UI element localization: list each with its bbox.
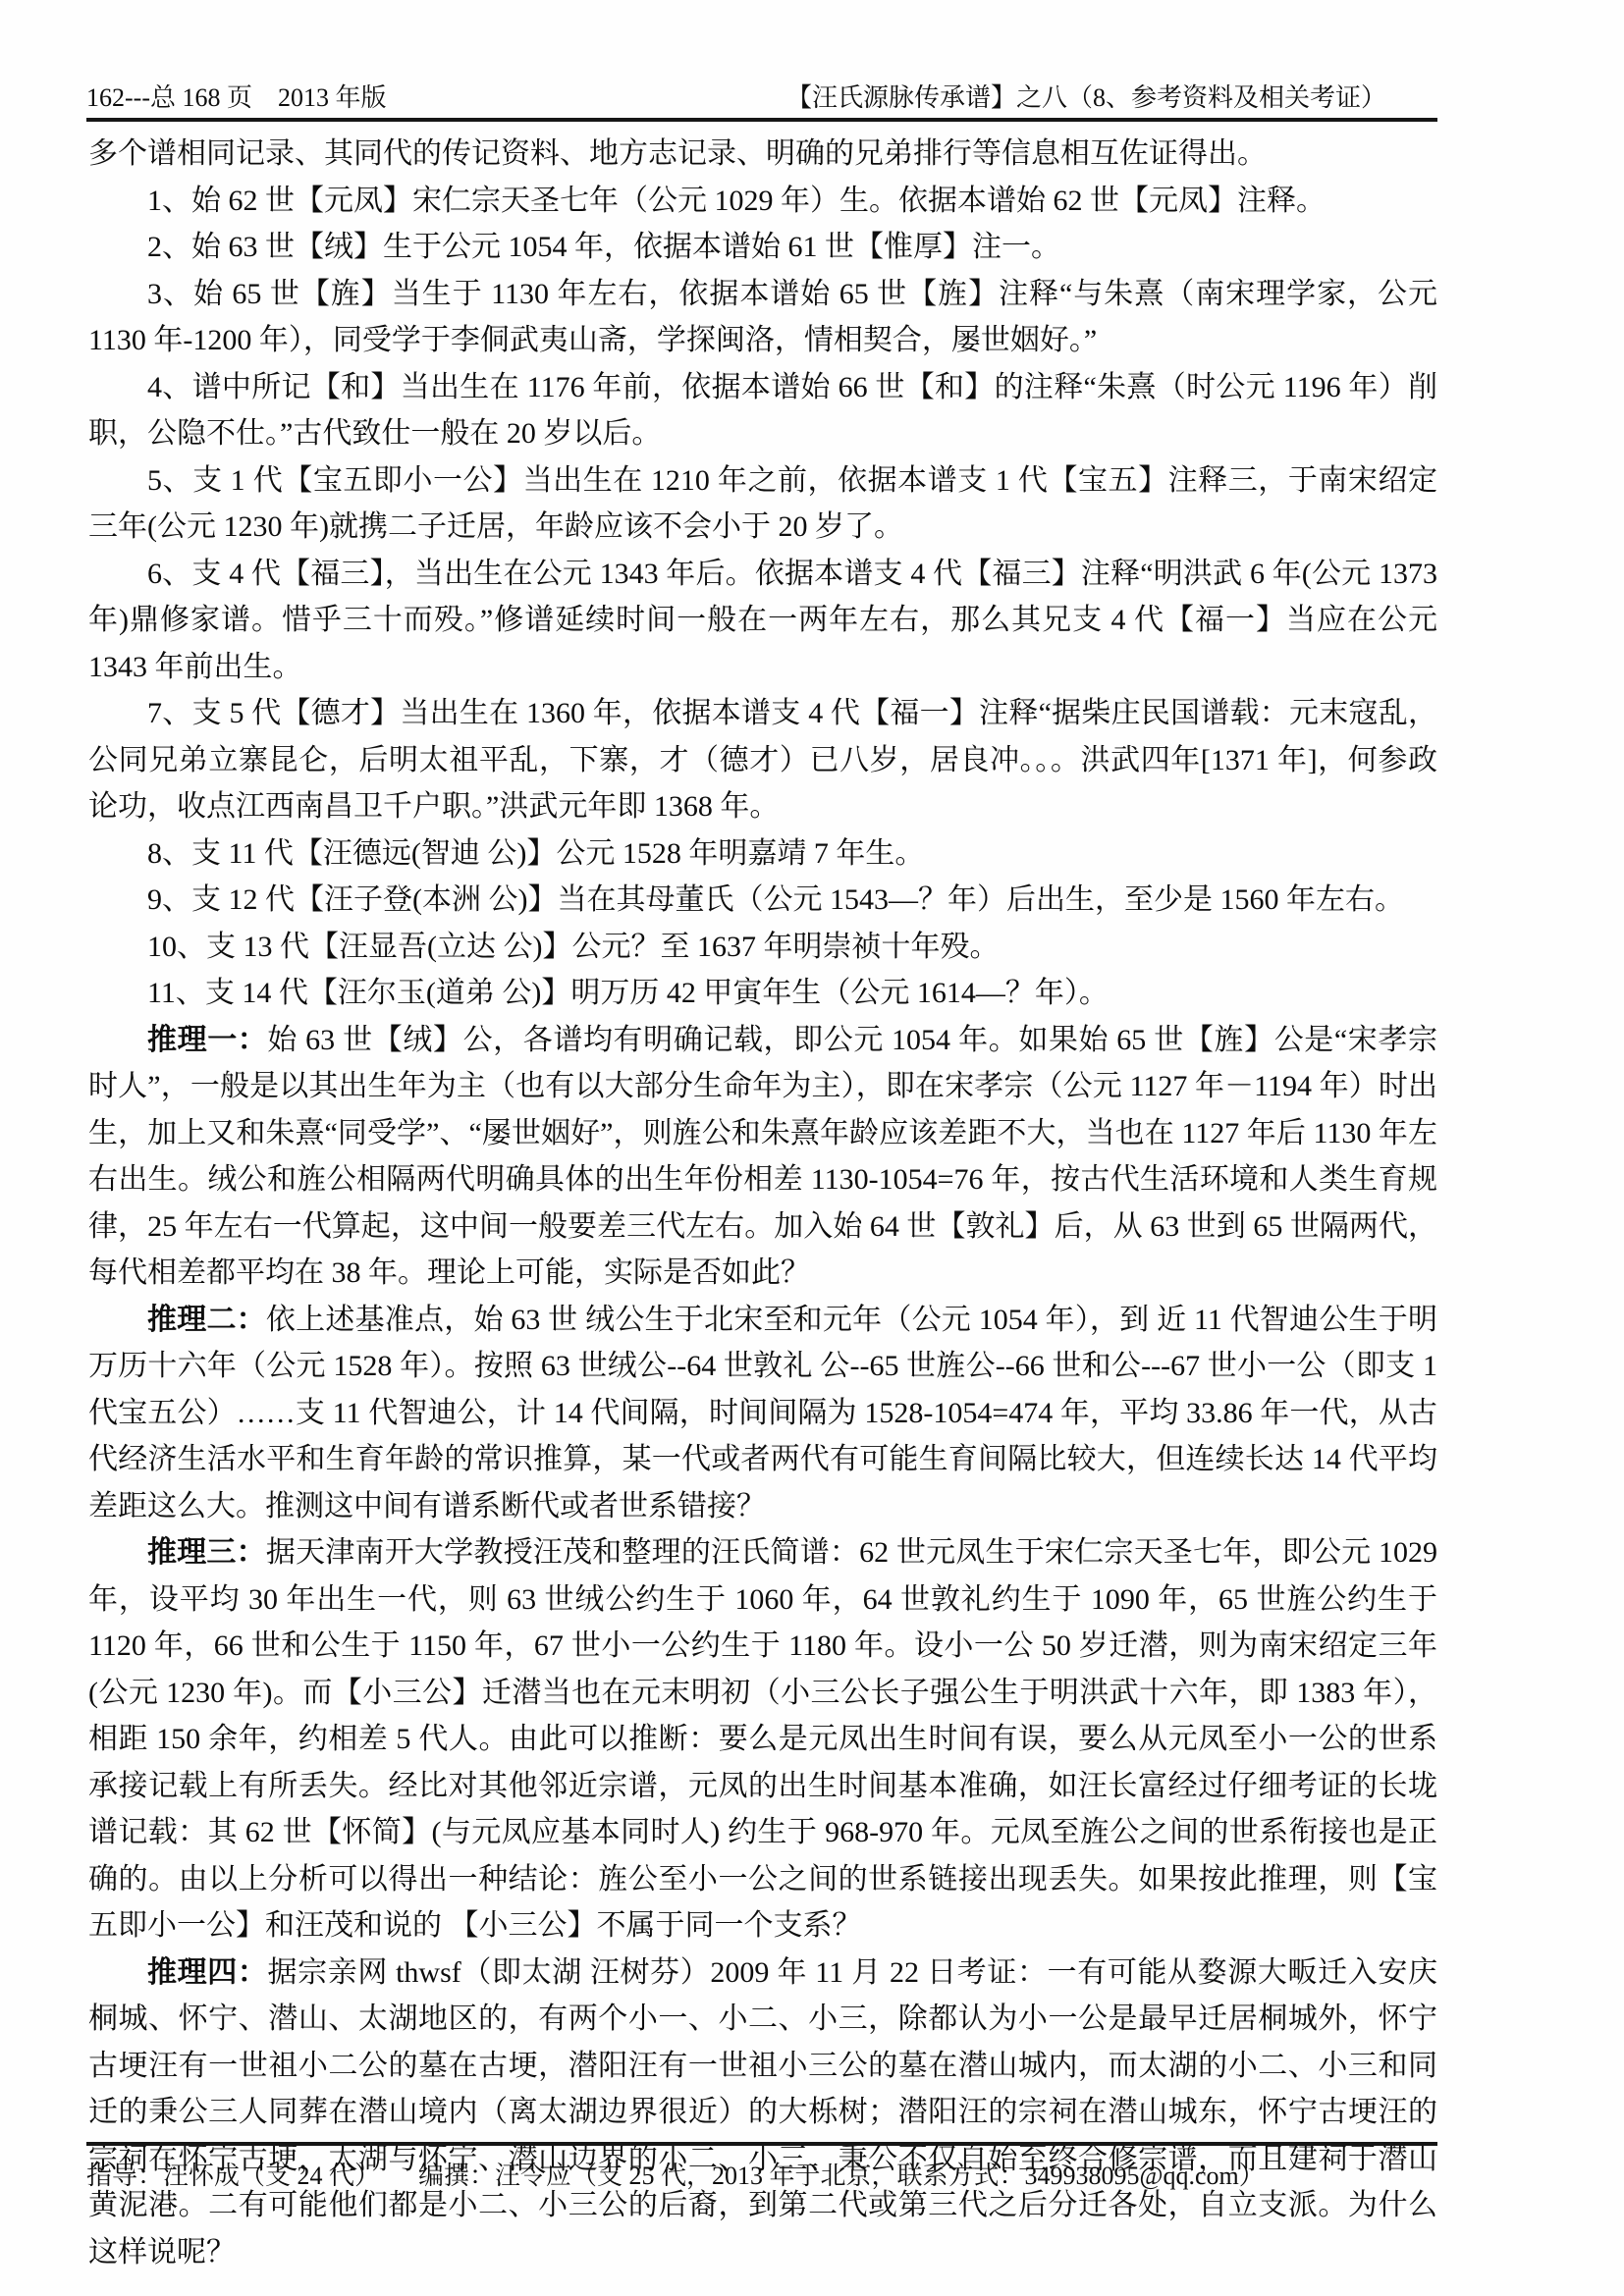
paragraph-item-4: 4、谱中所记【和】当出生在 1176 年前，依据本谱始 66 世【和】的注释“朱…	[88, 364, 1437, 457]
paragraph-text: 11、支 14 代【汪尔玉(道弟 公)】明万历 42 甲寅年生（公元 1614—…	[147, 977, 1109, 1009]
paragraph-text: 据宗亲网 thwsf（即太湖 汪树芬）2009 年 11 月 22 日考证：一有…	[88, 1956, 1437, 2269]
paragraph-item-9: 9、支 12 代【汪子登(本洲 公)】当在其母董氏（公元 1543—？年）后出生…	[88, 877, 1437, 924]
paragraph-item-11: 11、支 14 代【汪尔玉(道弟 公)】明万历 42 甲寅年生（公元 1614—…	[88, 970, 1437, 1017]
paragraph-reasoning-1: 推理一：始 63 世【绒】公，各谱均有明确记载，即公元 1054 年。如果始 6…	[88, 1017, 1437, 1297]
paragraph-reasoning-4: 推理四：据宗亲网 thwsf（即太湖 汪树芬）2009 年 11 月 22 日考…	[88, 1949, 1437, 2276]
paragraph-item-10: 10、支 13 代【汪显吾(立达 公)】公元？至 1637 年明崇祯十年殁。	[88, 924, 1437, 971]
paragraph-text: 多个谱相同记录、其同代的传记资料、地方志记录、明确的兄弟排行等信息相互佐证得出。	[88, 137, 1267, 170]
paragraph-text: 4、谱中所记【和】当出生在 1176 年前，依据本谱始 66 世【和】的注释“朱…	[88, 371, 1437, 451]
paragraph-text: 5、支 1 代【宝五即小一公】当出生在 1210 年之前，依据本谱支 1 代【宝…	[88, 464, 1437, 544]
paragraph-item-1: 1、始 62 世【元凤】宋仁宗天圣七年（公元 1029 年）生。依据本谱始 62…	[88, 178, 1437, 225]
scanned-document-page: 162---总 168 页 2013 年版 【汪氏源脉传承谱】之八（8、参考资料…	[0, 0, 1624, 2296]
paragraph-text: 6、支 4 代【福三】，当出生在公元 1343 年后。依据本谱支 4 代【福三】…	[88, 558, 1437, 683]
paragraph-text: 10、支 13 代【汪显吾(立达 公)】公元？至 1637 年明崇祯十年殁。	[147, 931, 999, 963]
reasoning-label: 推理三：	[147, 1536, 266, 1569]
paragraph-item-3: 3、始 65 世【旌】当生于 1130 年左右，依据本谱始 65 世【旌】注释“…	[88, 271, 1437, 364]
paragraph-text: 1、始 62 世【元凤】宋仁宗天圣七年（公元 1029 年）生。依据本谱始 62…	[147, 185, 1326, 217]
paragraph-text: 始 63 世【绒】公，各谱均有明确记载，即公元 1054 年。如果始 65 世【…	[88, 1024, 1437, 1290]
paragraph-text: 据天津南开大学教授汪茂和整理的汪氏简谱：62 世元凤生于宋仁宗天圣七年，即公元 …	[88, 1536, 1437, 1942]
paragraph-reasoning-3: 推理三：据天津南开大学教授汪茂和整理的汪氏简谱：62 世元凤生于宋仁宗天圣七年，…	[88, 1529, 1437, 1949]
page-header: 162---总 168 页 2013 年版 【汪氏源脉传承谱】之八（8、参考资料…	[86, 82, 1437, 122]
page-footer: 指导：汪怀成（支 24 代） 编撰：汪令应（支 25 代，2013 年于北京，联…	[86, 2142, 1437, 2193]
paragraph-item-2: 2、始 63 世【绒】生于公元 1054 年，依据本谱始 61 世【惟厚】注一。	[88, 224, 1437, 271]
reasoning-label: 推理二：	[147, 1304, 266, 1336]
paragraph-text: 依上述基准点，始 63 世 绒公生于北宋至和元年（公元 1054 年），到 近 …	[88, 1304, 1437, 1522]
paragraph-item-8: 8、支 11 代【汪德远(智迪 公)】公元 1528 年明嘉靖 7 年生。	[88, 830, 1437, 878]
paragraph-item-6: 6、支 4 代【福三】，当出生在公元 1343 年后。依据本谱支 4 代【福三】…	[88, 551, 1437, 691]
paragraph-text: 8、支 11 代【汪德远(智迪 公)】公元 1528 年明嘉靖 7 年生。	[147, 837, 924, 870]
paragraph-text: 2、始 63 世【绒】生于公元 1054 年，依据本谱始 61 世【惟厚】注一。	[147, 231, 1060, 263]
paragraph-text: 7、支 5 代【德才】当出生在 1360 年，依据本谱支 4 代【福一】注释“据…	[88, 697, 1437, 823]
paragraph-intro: 多个谱相同记录、其同代的传记资料、地方志记录、明确的兄弟排行等信息相互佐证得出。	[88, 131, 1437, 178]
reasoning-label: 推理四：	[147, 1956, 267, 1989]
paragraph-item-7: 7、支 5 代【德才】当出生在 1360 年，依据本谱支 4 代【福一】注释“据…	[88, 690, 1437, 830]
paragraph-text: 3、始 65 世【旌】当生于 1130 年左右，依据本谱始 65 世【旌】注释“…	[88, 278, 1437, 357]
paragraph-item-5: 5、支 1 代【宝五即小一公】当出生在 1210 年之前，依据本谱支 1 代【宝…	[88, 457, 1437, 551]
document-body: 多个谱相同记录、其同代的传记资料、地方志记录、明确的兄弟排行等信息相互佐证得出。…	[88, 131, 1437, 2275]
paragraph-reasoning-2: 推理二：依上述基准点，始 63 世 绒公生于北宋至和元年（公元 1054 年），…	[88, 1297, 1437, 1530]
page-number-and-edition: 162---总 168 页 2013 年版	[86, 82, 386, 114]
paragraph-text: 9、支 12 代【汪子登(本洲 公)】当在其母董氏（公元 1543—？年）后出生…	[147, 883, 1404, 916]
reasoning-label: 推理一：	[147, 1024, 267, 1056]
document-title: 【汪氏源脉传承谱】之八（8、参考资料及相关考证）	[786, 82, 1437, 114]
footer-credits: 指导：汪怀成（支 24 代） 编撰：汪令应（支 25 代，2013 年于北京，联…	[86, 2162, 1265, 2190]
